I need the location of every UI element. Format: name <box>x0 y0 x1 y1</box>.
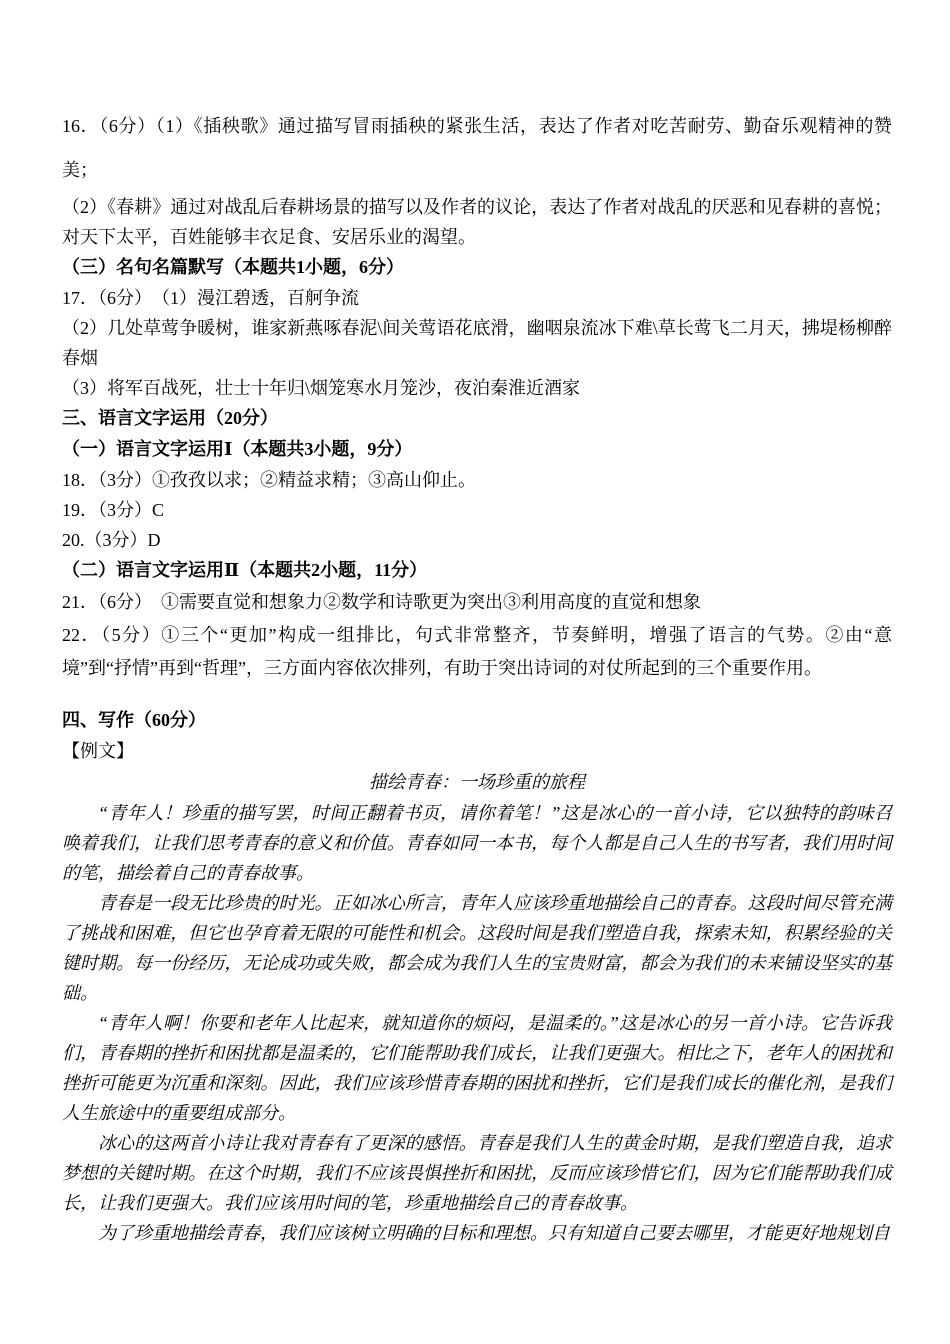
sample-essay-label: 【例文】 <box>62 736 892 767</box>
answer-16-part1: 16．（6分）（1）《插秧歌》通过描写冒雨插秧的紧张生活，表达了作者对吃苦耐劳、… <box>62 104 892 192</box>
essay-paragraph-1: “青年人！珍重的描写罢，时间正翻着书页，请你着笔！”这是冰心的一首小诗，它以独特… <box>62 798 892 888</box>
section-heading-part4: 四、写作（60分） <box>62 705 892 736</box>
essay-title: 描绘青春：一场珍重的旅程 <box>62 767 892 798</box>
answer-17-part3: （3）将军百战死，壮士十年归\烟笼寒水月笼沙，夜泊秦淮近酒家 <box>62 373 892 403</box>
essay-paragraph-3: “青年人啊！你要和老年人比起来，就知道你的烦闷，是温柔的。”这是冰心的另一首小诗… <box>62 1008 892 1128</box>
section-heading-part3: 三、语言文字运用（20分） <box>62 403 892 434</box>
answer-19: 19．（3分）C <box>62 495 892 525</box>
section-heading-mingju-moxie: （三）名句名篇默写（本题共1小题，6分） <box>62 252 892 283</box>
section-heading-part3-2: （二）语言文字运用Ⅱ（本题共2小题，11分） <box>62 555 892 586</box>
answer-20: 20.（3分）D <box>62 525 892 555</box>
essay-paragraph-2: 青春是一段无比珍贵的时光。正如冰心所言，青年人应该珍重地描绘自己的青春。这段时间… <box>62 888 892 1008</box>
section-heading-part3-1: （一）语言文字运用Ⅰ（本题共3小题，9分） <box>62 434 892 465</box>
document-page: 16．（6分）（1）《插秧歌》通过描写冒雨插秧的紧张生活，表达了作者对吃苦耐劳、… <box>0 0 950 1344</box>
answer-18: 18．（3分）①孜孜以求；②精益求精；③高山仰止。 <box>62 465 892 495</box>
essay-paragraph-4: 冰心的这两首小诗让我对青春有了更深的感悟。青春是我们人生的黄金时期，是我们塑造自… <box>62 1128 892 1218</box>
essay-paragraph-5: 为了珍重地描绘青春，我们应该树立明确的目标和理想。只有知道自己要去哪里，才能更好… <box>62 1218 892 1248</box>
answer-17-part2: （2）几处草莺争暖树，谁家新燕啄春泥\间关莺语花底滑，幽咽泉流冰下难\草长莺飞二… <box>62 313 892 373</box>
answer-22: 22．（5分）①三个“更加”构成一组排比，句式非常整齐，节奏鲜明，增强了语言的气… <box>62 619 892 685</box>
answer-21: 21．（6分） ①需要直觉和想象力②数学和诗歌更为突出③利用高度的直觉和想象 <box>62 586 892 619</box>
answer-16-part2: （2）《春耕》通过对战乱后春耕场景的描写以及作者的议论，表达了作者对战乱的厌恶和… <box>62 192 892 252</box>
answer-17-part1: 17．（6分） （1）漫江碧透，百舸争流 <box>62 283 892 313</box>
